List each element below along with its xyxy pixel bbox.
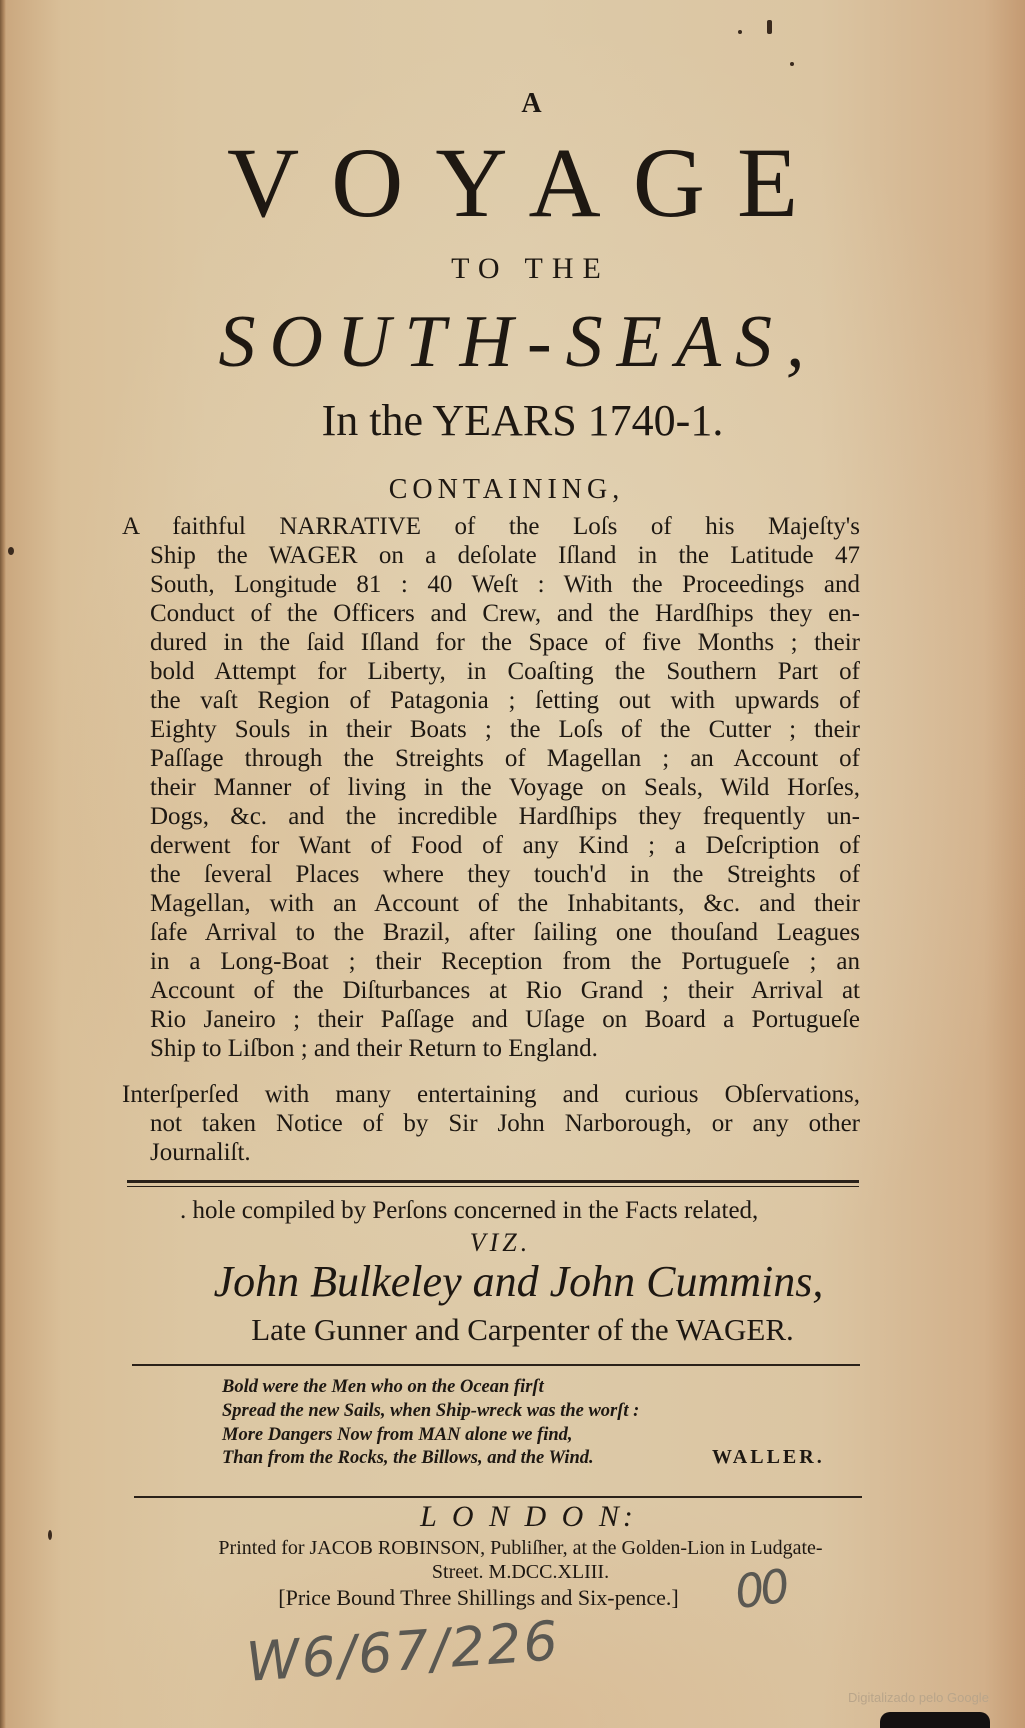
ink-speck xyxy=(767,20,772,34)
description-line: Paſſage through the Streights of Magella… xyxy=(150,744,860,773)
description-line: the vaſt Region of Patagonia ; ſetting o… xyxy=(150,686,860,715)
description-line: Magellan, with an Account of the Inhabit… xyxy=(150,889,860,918)
authors: John Bulkeley and John Cummins, xyxy=(6,1256,1025,1307)
title-years: In the YEARS 1740-1. xyxy=(10,395,1025,446)
ink-speck xyxy=(738,30,742,34)
title-article: A xyxy=(19,88,1025,120)
description-line: Ship the WAGER on a deſolate Iſland in t… xyxy=(150,541,860,570)
description-line: their Manner of living in the Voyage on … xyxy=(150,773,860,802)
viz-label: VIZ. xyxy=(0,1228,1013,1258)
epigraph-line: Spread the new Sails, when Ship-wreck wa… xyxy=(222,1401,639,1422)
divider-rule xyxy=(127,1180,859,1183)
title-main: VOYAGE xyxy=(16,133,1025,233)
epigraph-line: Bold were the Men who on the Ocean firſt xyxy=(222,1377,544,1398)
interspersed-line: not taken Notice of by Sir John Narborou… xyxy=(150,1109,860,1138)
description-line: Conduct of the Officers and Crew, and th… xyxy=(150,599,860,628)
epigraph-line: More Dangers Now from MAN alone we find, xyxy=(222,1425,573,1446)
compiled-by: . hole compiled by Perſons concerned in … xyxy=(180,1197,758,1225)
page-spine-edge xyxy=(0,0,6,1728)
imprint-printed-for: Printed for JACOB ROBINSON, Publiſher, a… xyxy=(8,1537,1025,1560)
corner-shadow xyxy=(880,1712,990,1728)
imprint-price: [Price Bound Three Shillings and Six-pen… xyxy=(0,1585,991,1611)
interspersed-line: Journaliſt. xyxy=(150,1138,860,1167)
description-line: A faithful NARRATIVE of the Loſs of his … xyxy=(122,512,860,541)
description-line: bold Attempt for Liberty, in Coaſting th… xyxy=(150,657,860,686)
description-line: Rio Janeiro ; their Paſſage and Uſage on… xyxy=(150,1005,860,1034)
handwritten-margin-note: 00 xyxy=(731,1559,789,1620)
title-place: SOUTH-SEAS, xyxy=(6,302,1025,382)
description-line: Account of the Diſturbances at Rio Grand… xyxy=(150,976,860,1005)
epigraph-attribution: WALLER. xyxy=(712,1446,825,1469)
ink-speck xyxy=(8,547,14,555)
divider-rule xyxy=(127,1186,859,1187)
description-line: South, Longitude 81 : 40 Weſt : With the… xyxy=(150,570,860,599)
description-line: Ship to Liſbon ; and their Return to Eng… xyxy=(150,1034,860,1063)
description-line: ſafe Arrival to the Brazil, after ſailin… xyxy=(150,918,860,947)
description-line: Dogs, &c. and the incredible Hardſhips t… xyxy=(150,802,860,831)
description-line: derwent for Want of Food of any Kind ; a… xyxy=(150,831,860,860)
imprint-street-date: Street. M.DCC.XLIII. xyxy=(8,1561,1025,1584)
authors-role: Late Gunner and Carpenter of the WAGER. xyxy=(10,1312,1025,1348)
handwritten-shelfmark: W6/67/226 xyxy=(244,1609,562,1694)
description-line: Eighty Souls in their Boats ; the Loſs o… xyxy=(150,715,860,744)
ink-speck xyxy=(790,62,794,66)
title-page: A VOYAGE TO THE SOUTH-SEAS, In the YEARS… xyxy=(0,0,1025,1728)
description-line: the ſeveral Places where they touch'd in… xyxy=(150,860,860,889)
containing-heading: CONTAINING, xyxy=(0,474,1019,506)
divider-rule xyxy=(132,1364,860,1366)
description-line: in a Long-Boat ; their Reception from th… xyxy=(150,947,860,976)
imprint-city: L O N D O N: xyxy=(16,1500,1025,1534)
title-connector: TO THE xyxy=(18,252,1025,286)
description-line: dured in the ſaid Iſland for the Space o… xyxy=(150,628,860,657)
divider-rule xyxy=(134,1496,862,1498)
epigraph-line: Than from the Rocks, the Billows, and th… xyxy=(222,1448,594,1469)
interspersed-line: Interſperſed with many entertaining and … xyxy=(122,1080,860,1109)
digitization-watermark: Digitalizado pelo Google xyxy=(848,1690,989,1705)
